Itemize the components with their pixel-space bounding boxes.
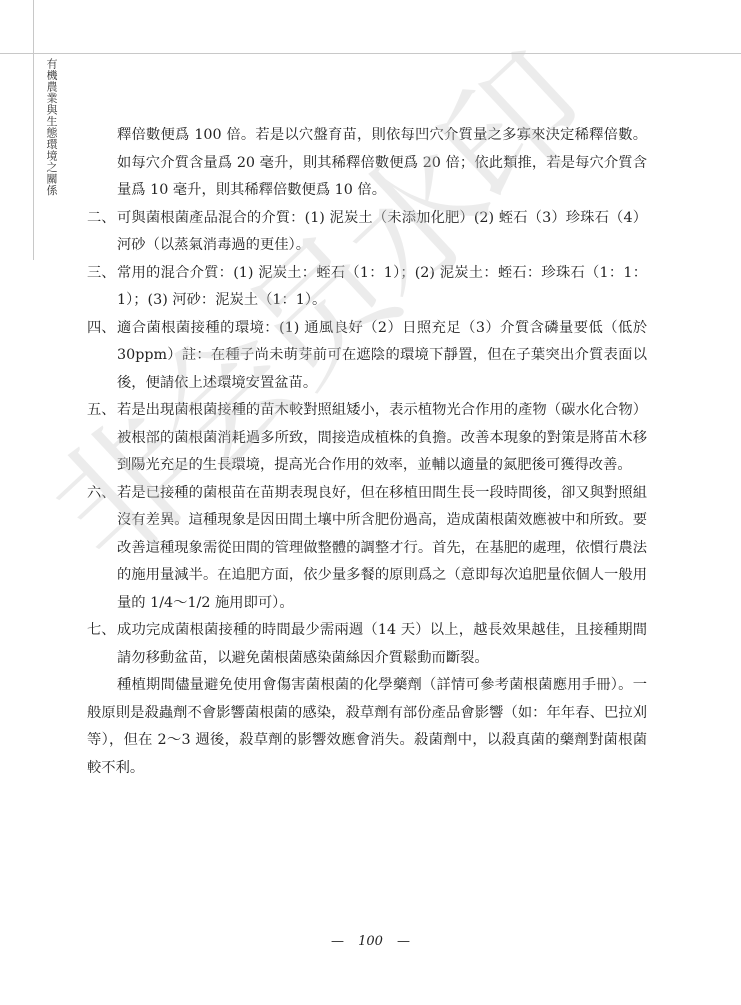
list-item-number: 三、 [87, 260, 117, 288]
list-item-7: 七、 成功完成菌根菌接種的時間最少需兩週（14 天）以上，越長效果越佳，且接種期… [87, 617, 647, 672]
list-item-number: 二、 [87, 205, 117, 233]
list-item-2: 二、 可與菌根菌產品混合的介質：(1) 泥炭土（未添加化肥）(2) 蛭石（3）珍… [87, 205, 647, 260]
running-header-title: 有機農業與生態環境之關係 [43, 58, 57, 196]
list-item-3: 三、 常用的混合介質：(1) 泥炭土：蛭石（1：1）；(2) 泥炭土：蛭石：珍珠… [87, 260, 647, 315]
list-item-text: 成功完成菌根菌接種的時間最少需兩週（14 天）以上，越長效果越佳，且接種期間請勿… [117, 617, 647, 672]
list-item-5: 五、 若是出現菌根菌接種的苗木較對照組矮小，表示植物光合作用的產物（碳水化合物）… [87, 397, 647, 480]
page-body: 釋倍數便爲 100 倍。若是以穴盤育苗，則依每凹穴介質量之多寡來決定稀釋倍數。如… [87, 122, 647, 782]
list-item-text: 可與菌根菌產品混合的介質：(1) 泥炭土（未添加化肥）(2) 蛭石（3）珍珠石（… [117, 205, 647, 260]
footer-dash-left: — [331, 934, 344, 949]
list-item-number: 五、 [87, 397, 117, 425]
page-number: 100 [358, 934, 383, 949]
closing-paragraph: 種植期間儘量避免使用會傷害菌根菌的化學藥劑（詳情可參考菌根菌應用手冊）。一般原則… [87, 672, 647, 782]
list-item-text: 若是出現菌根菌接種的苗木較對照組矮小，表示植物光合作用的產物（碳水化合物）被根部… [117, 397, 647, 480]
continued-paragraph: 釋倍數便爲 100 倍。若是以穴盤育苗，則依每凹穴介質量之多寡來決定稀釋倍數。如… [87, 122, 647, 205]
list-item-number: 七、 [87, 617, 117, 645]
list-item-text: 適合菌根菌接種的環境：(1) 通風良好（2）日照充足（3）介質含磷量要低（低於 … [117, 315, 647, 398]
header-rule-horizontal [0, 53, 741, 54]
list-item-6: 六、 若是已接種的菌根苗在苗期表現良好，但在移植田間生長一段時間後，卻又與對照組… [87, 480, 647, 618]
page-footer: — 100 — [0, 934, 741, 949]
list-item-number: 六、 [87, 480, 117, 508]
list-item-text: 若是已接種的菌根苗在苗期表現良好，但在移植田間生長一段時間後，卻又與對照組沒有差… [117, 480, 647, 618]
list-item-text: 常用的混合介質：(1) 泥炭土：蛭石（1：1）；(2) 泥炭土：蛭石：珍珠石（1… [117, 260, 647, 315]
header-rule-vertical [33, 0, 34, 260]
list-item-number: 四、 [87, 315, 117, 343]
footer-dash-right: — [397, 934, 410, 949]
list-item-4: 四、 適合菌根菌接種的環境：(1) 通風良好（2）日照充足（3）介質含磷量要低（… [87, 315, 647, 398]
